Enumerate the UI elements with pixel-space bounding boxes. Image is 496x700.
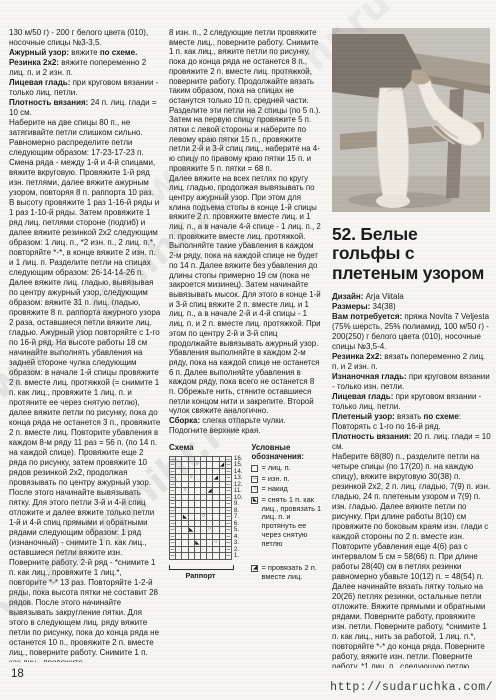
site-url: http://sudaruchka.com/ [330, 681, 493, 694]
middle-paragraphs: 8 изн. п., 2 следующие петли провяжите в… [169, 28, 322, 436]
paragraph: Плетеный узор: вязать по схеме: Повторят… [332, 412, 491, 432]
paragraph: 8 изн. п., 2 следующие петли провяжите в… [169, 28, 322, 174]
paragraph: Вам потребуется: пряжа Novita 7 Veljesta… [332, 312, 491, 352]
legend-label: = снять 1 п. как лиц., провязать 1 лиц. … [261, 496, 322, 548]
legend-item: ○= накид [251, 485, 322, 494]
paragraph: Дизайн: Arja Viitala [332, 292, 491, 302]
schema-title: Схема [169, 443, 242, 452]
paragraph: Резинка 2х2: вяжите попеременно 2 лиц. п… [9, 58, 161, 78]
schema-row-number: 1. [234, 553, 239, 560]
legend-items: = лиц. п.–= изн. п.○= накид◣= снять 1 п.… [251, 464, 322, 582]
middle-text-column: 8 изн. п., 2 следующие петли провяжите в… [169, 28, 322, 688]
magazine-page: www.igmihr.ru www.igmihr.ru www.igmihr.r… [0, 0, 496, 700]
right-article-column: 52. Белые гольфы с плетеным узором Дизай… [330, 0, 491, 668]
article-body: Дизайн: Arja ViitalaРазмеры: 34(38)Вам п… [332, 292, 491, 668]
schema-grid: ––16.–○◢–15.––14.–○◢–13.––12.–○◢–11.––10… [169, 456, 242, 560]
legend-label: = провязать 2 п. вместе лиц. [261, 564, 322, 581]
paragraph: Ажурный узор: вяжите по схеме. [9, 48, 161, 58]
legend-symbol: ◣ [251, 497, 258, 504]
rapport-bracket [169, 565, 234, 570]
legend-symbol: ◢ [251, 565, 258, 572]
paragraph: Сборка: слегка отпарьте чулки. Подогните… [169, 416, 322, 435]
paragraph: 130 м/50 г) - 200 г белого цвета (010), … [9, 28, 161, 48]
paragraph: Лицевая гладь: при круговом вязании - то… [332, 392, 491, 412]
legend-symbol: – [251, 476, 258, 483]
paragraph: Резинка 2х2: вязать попеременно 2 лиц. п… [332, 352, 491, 372]
paragraph: Далее вяжите на всех петлях по кругу лиц… [169, 174, 322, 417]
legend-item: ◢= провязать 2 п. вместе лиц. [251, 564, 322, 581]
legend-label: = накид [261, 485, 322, 494]
socks-photo [332, 28, 490, 212]
paragraph: Размеры: 34(38) [332, 302, 491, 312]
paragraph: Наберите 68(80) п., разделите петли на ч… [332, 452, 491, 668]
legend-item: ◣= снять 1 п. как лиц., провязать 1 лиц.… [251, 496, 322, 548]
legend-symbol: ○ [251, 486, 258, 493]
schema-chart-area: Схема ––16.–○◢–15.––14.–○◢–13.––12.–○◢–1… [169, 443, 242, 584]
article-title: 52. Белые гольфы с плетеным узором [332, 225, 489, 283]
paragraph: Лицевая гладь: при круговом вязании - то… [9, 78, 161, 98]
socks-photo-illustration [332, 28, 490, 212]
schema-row: ––1. [169, 553, 242, 560]
legend: Условные обозначения: = лиц. п.–= изн. п… [251, 443, 322, 584]
paragraph: Наберите на две спицы 80 п., не затягива… [9, 118, 161, 662]
paragraph: Изнаночная гладь: при круговом вязании -… [332, 372, 491, 392]
legend-label: = изн. п. [261, 475, 322, 484]
legend-item: –= изн. п. [251, 475, 322, 484]
left-text-column: 130 м/50 г) - 200 г белого цвета (010), … [9, 28, 161, 662]
schema-cell: – [226, 553, 232, 560]
paragraph: Плотность вязания: 24 п. лиц. глади = 10… [9, 98, 161, 118]
legend-symbol [251, 465, 258, 472]
legend-label: = лиц. п. [261, 464, 322, 473]
legend-item: = лиц. п. [251, 464, 322, 473]
legend-title: Условные обозначения: [251, 443, 322, 461]
page-number: 18 [11, 668, 24, 680]
paragraph: Плотность вязания: 20 п. лиц. глади = 10… [332, 432, 491, 452]
schema-block: Схема ––16.–○◢–15.––14.–○◢–13.––12.–○◢–1… [169, 443, 322, 584]
rapport-label: Раппорт [169, 571, 232, 580]
